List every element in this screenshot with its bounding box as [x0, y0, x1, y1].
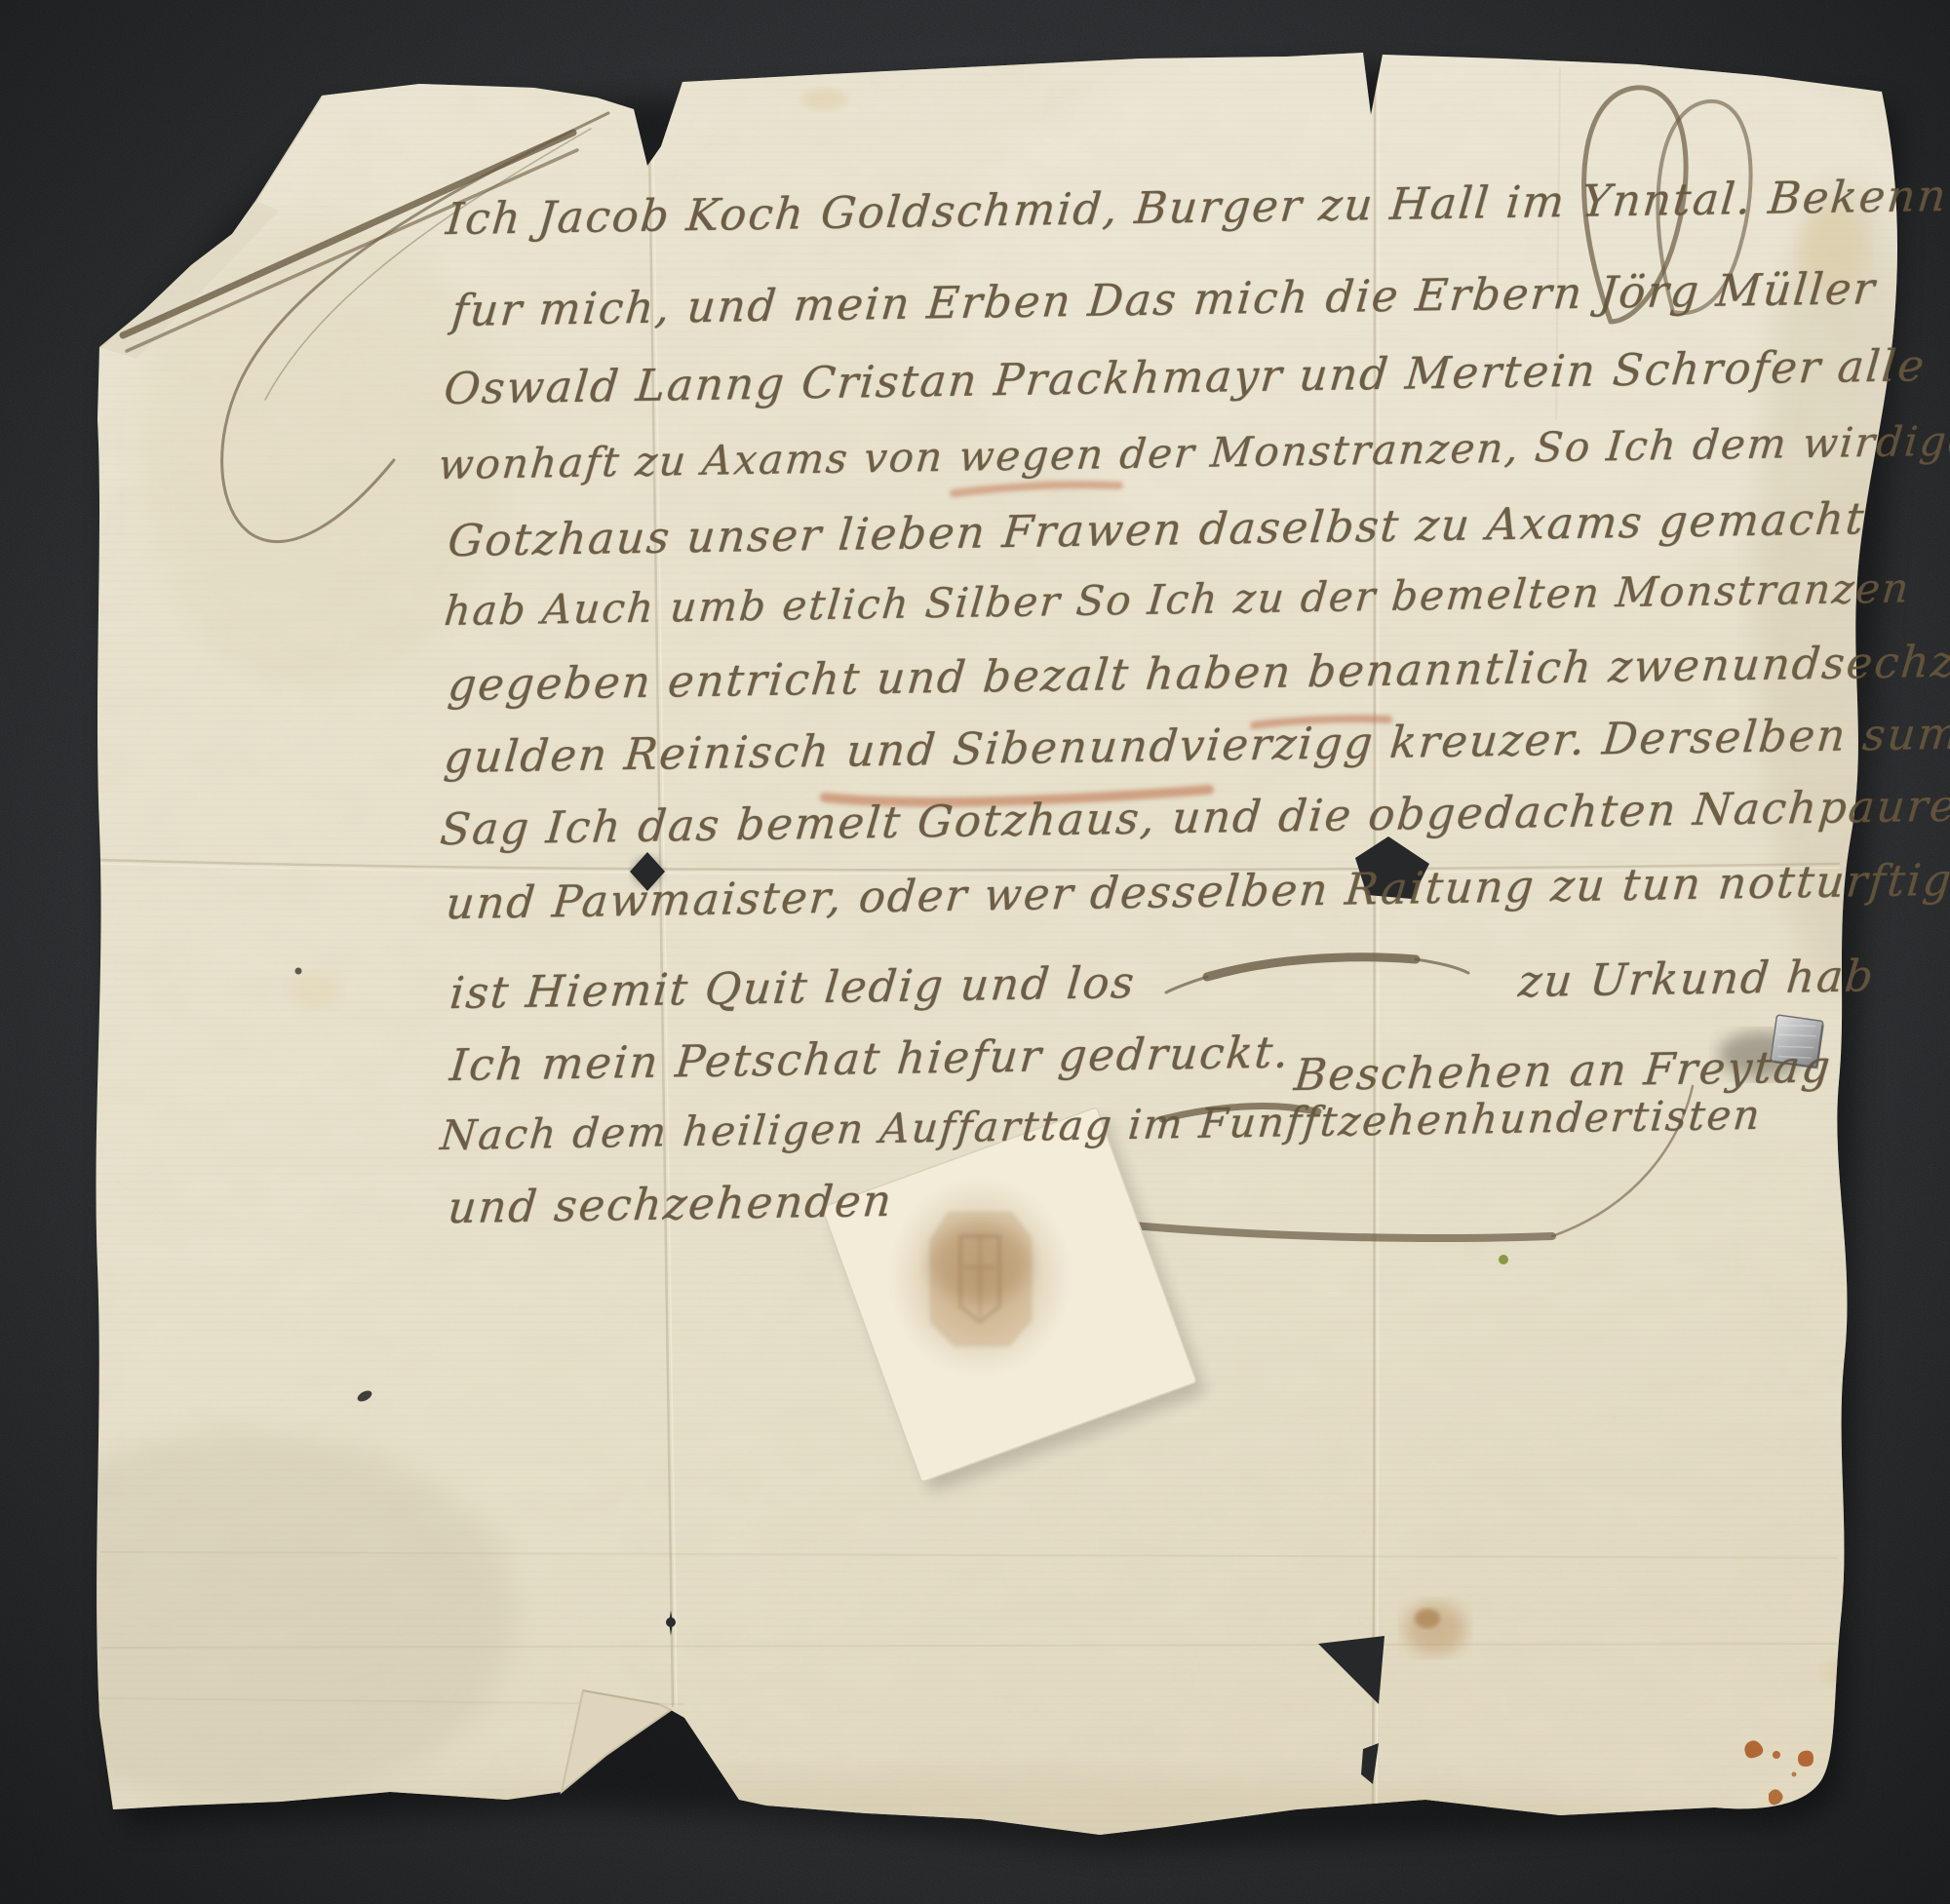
- manuscript-line: ist Hiemit Quit ledig und los: [448, 956, 1138, 1019]
- seal-impression: [887, 1176, 1072, 1379]
- manuscript-photo: Ich Jacob Koch Goldschmid, Burger zu Hal…: [0, 0, 1950, 1904]
- manuscript-line: zu Urkund hab: [1516, 950, 1877, 1007]
- manuscript-line: und sechzehenden: [446, 1175, 895, 1233]
